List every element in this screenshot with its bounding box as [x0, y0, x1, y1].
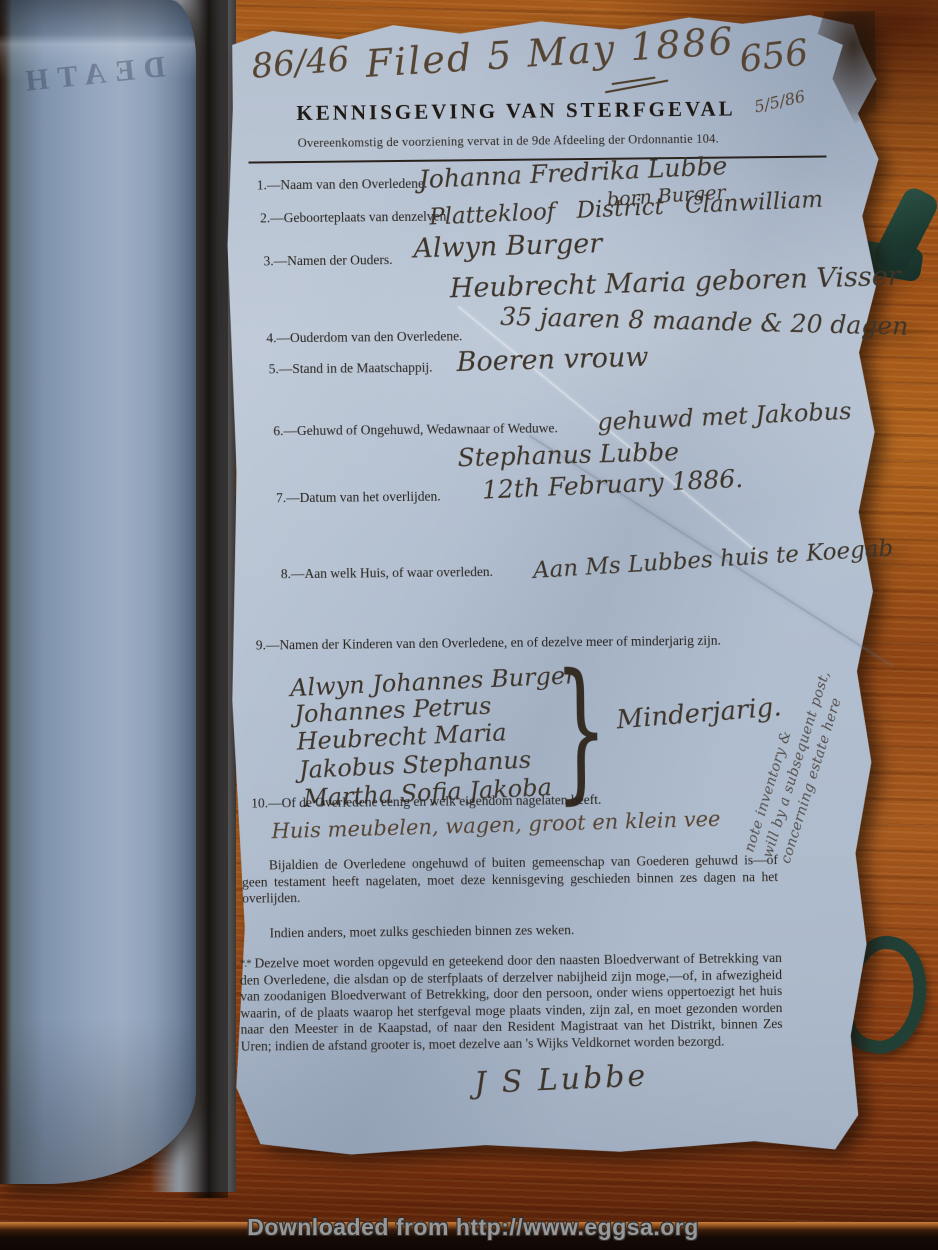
- item3-label: 3.—Namen der Ouders.: [263, 252, 392, 269]
- footnote-text: Dezelve moet worden opgevuld en geteeken…: [240, 950, 783, 1053]
- previous-page-curled: DEATH: [0, 0, 196, 1184]
- item6-answer-line2: Stephanus Lubbe: [457, 437, 679, 472]
- item8-label: 8.—Aan welk Huis, of waar overleden.: [281, 564, 493, 582]
- item5-label: 5.—Stand in de Maatschappij.: [269, 360, 433, 378]
- death-notice-form-page: 86/46 Filed 5 May 1886 656 5/5/86 KENNIS…: [205, 11, 889, 1156]
- item3-answer-father: Alwyn Burger: [413, 228, 603, 264]
- children-brace: }: [554, 654, 609, 807]
- item2-label: 2.—Geboorteplaats van denzelven: [260, 208, 446, 226]
- footnote-paragraph: *.* Dezelve moet worden opgevuld en gete…: [240, 950, 783, 1055]
- paragraph-six-days: Bijaldien de Overledene ongehuwd of buit…: [242, 852, 778, 907]
- item6-label: 6.—Gehuwd of Ongehuwd, Wedawnaar of Wedu…: [273, 420, 558, 439]
- watermark-text: Downloaded from http://www.eggsa.org: [168, 1214, 778, 1241]
- item7-label: 7.—Datum van het overlijden.: [276, 489, 441, 507]
- case-number-annotation: 86/46: [250, 39, 351, 87]
- form-title: KENNISGEVING VAN STERFGEVAL: [266, 96, 766, 126]
- show-through-death-text: DEATH: [5, 49, 178, 101]
- item4-label: 4.—Ouderdom van den Overledene.: [266, 328, 462, 346]
- item5-answer: Boeren vrouw: [456, 342, 649, 378]
- item1-label: 1.—Naam van den Overledene.: [257, 176, 428, 194]
- folio-number-annotation: 656: [737, 32, 810, 81]
- footnote-mark: *.*: [240, 958, 251, 970]
